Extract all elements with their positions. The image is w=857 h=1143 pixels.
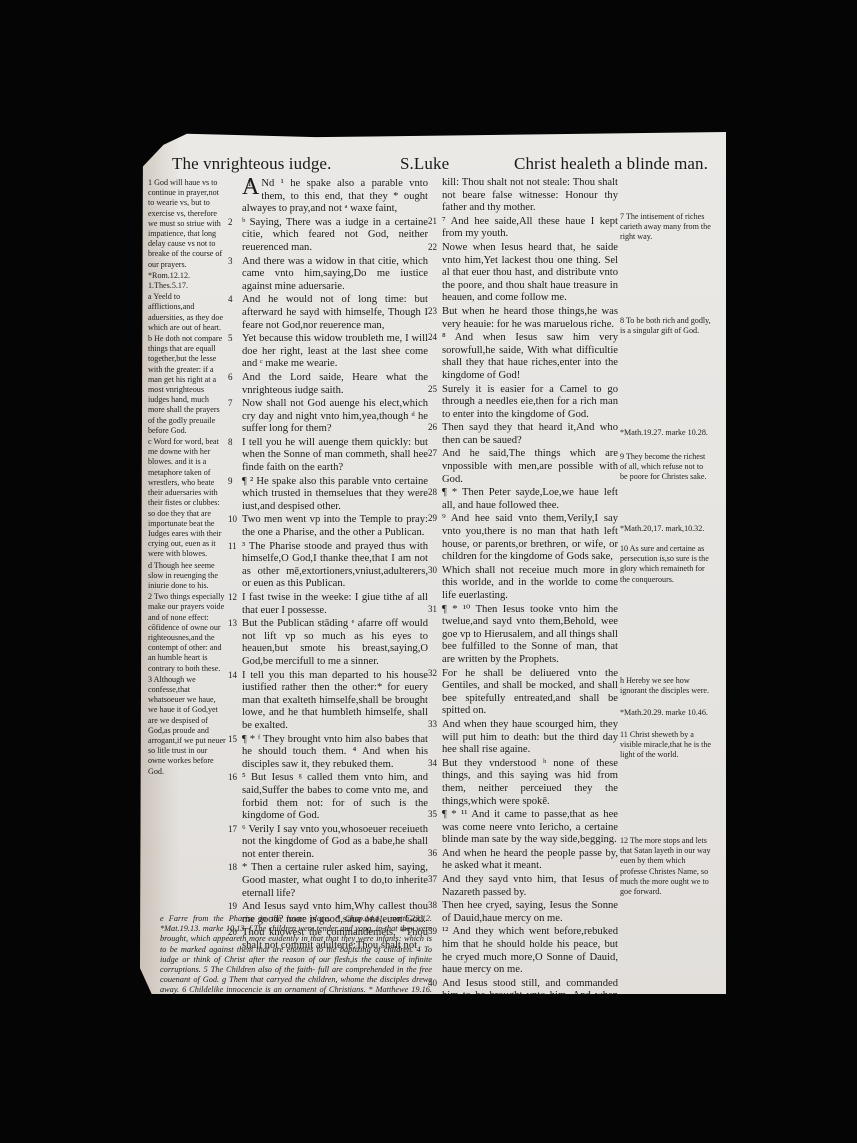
- verse: 41Saying, What wilt thou that I doe vnto…: [428, 1016, 618, 1055]
- margin-note: 7 The intisement of riches carieth away …: [620, 212, 712, 243]
- verse-number: 10: [228, 513, 242, 526]
- verse-text: Surely it is easier for a Camel to go th…: [442, 384, 618, 420]
- verse: 6And the Lord saide, Heare what the vnri…: [228, 371, 428, 397]
- running-head-book: S.Luke: [400, 154, 449, 174]
- verse: 11³ The Pharise stoode and prayed thus w…: [228, 540, 428, 591]
- verse-number: 22: [428, 241, 442, 254]
- verse-number: 18: [228, 861, 242, 874]
- verse-text: Now shall not God auenge his elect,which…: [242, 398, 428, 434]
- verse-number: 41: [428, 1016, 442, 1029]
- verse-text: kill: Thou shalt not not steale: Thou sh…: [442, 177, 618, 213]
- verse: 28¶ * Then Peter sayde,Loe,we haue left …: [428, 486, 618, 512]
- verse-number: 3: [228, 255, 242, 268]
- verse: 23But when he heard those things,he was …: [428, 305, 618, 331]
- running-head: The vnrighteous iudge. S.Luke Christ hea…: [172, 154, 708, 176]
- verse-number: 33: [428, 718, 442, 731]
- book-page: The vnrighteous iudge. S.Luke Christ hea…: [140, 132, 726, 994]
- verse-text: ¶ * ᶠ They brought vnto him also babes t…: [242, 734, 428, 770]
- left-margin-notes: 1 God will haue vs to continue in prayer…: [148, 178, 226, 778]
- margin-note: 9 They become the richest of all, which …: [620, 452, 712, 483]
- verse-number: 14: [228, 669, 242, 682]
- verse: 16⁵ But Iesus ᵍ called them vnto him, an…: [228, 771, 428, 822]
- margin-note: a Yeeld to afflictions,and aduersities, …: [148, 292, 226, 333]
- margin-note: 8 To be both rich and godly, is a singul…: [620, 316, 712, 336]
- margin-note: 11 Christ sheweth by a visible miracle,t…: [620, 730, 712, 761]
- verse-text: But the Publican stāding ᵉ afarre off wo…: [242, 618, 428, 667]
- verse: 15¶ * ᶠ They brought vnto him also babes…: [228, 733, 428, 772]
- verse-number: 23: [428, 305, 442, 318]
- verse-number: 38: [428, 899, 442, 912]
- verse-text: And Iesus sayd vnto him,Receiue thy sigh…: [442, 1055, 618, 1079]
- verse-number: 30: [428, 564, 442, 577]
- verse-number: 5: [228, 332, 242, 345]
- verse-text: ᵇ Saying, There was a iudge in a certain…: [242, 217, 428, 253]
- verse-text: Then sayd they that heard it,And who the…: [442, 422, 618, 446]
- left-text-column: 1ANd ¹ he spake also a parable vnto them…: [228, 177, 428, 953]
- running-head-left: The vnrighteous iudge.: [172, 154, 331, 174]
- verse-text: Then hee cryed, saying, Iesus the Sonne …: [442, 900, 618, 924]
- verse: kill: Thou shalt not not steale: Thou sh…: [428, 177, 618, 215]
- verse-number: 29: [428, 512, 442, 525]
- verse: 18* Then a certaine ruler asked him, say…: [228, 861, 428, 900]
- verse-text: But when he heard those things,he was ve…: [442, 306, 618, 330]
- verse-number: 17: [228, 823, 242, 836]
- verse-number: 27: [428, 447, 442, 460]
- verse: 40And Iesus stood still, and commanded h…: [428, 977, 618, 1016]
- verse-text: ¶ * Then Peter sayde,Loe,we haue left al…: [442, 487, 618, 511]
- verse-text: Yet because this widow troubleth me, I w…: [242, 333, 428, 369]
- verse-text: Then immediatly he receiued his sight,an…: [442, 1082, 618, 1118]
- verse-text: Two men went vp into the Temple to pray:…: [242, 514, 428, 538]
- running-head-right: Christ healeth a blinde man.: [514, 154, 708, 174]
- verse: 34But they vnderstood ʰ none of these th…: [428, 757, 618, 808]
- margin-note: 3 Although we confesse,that whatsoeuer w…: [148, 675, 226, 777]
- margin-note: b He doth not compare things that are eq…: [148, 334, 226, 436]
- verse-text: Which shall not receiue much more in thi…: [442, 565, 618, 601]
- verse-text: But they vnderstood ʰ none of these thin…: [442, 758, 618, 807]
- verse: 32For he shall be deliuered vnto the Gen…: [428, 667, 618, 718]
- verse: 14I tell you this man departed to his ho…: [228, 669, 428, 733]
- verse-text: And Iesus stood still, and commanded him…: [442, 978, 618, 1014]
- verse: 2ᵇ Saying, There was a iudge in a certai…: [228, 216, 428, 255]
- verse-number: 24: [428, 331, 442, 344]
- verse-number: 9: [228, 475, 242, 488]
- verse-text: ¶ * ¹¹ And it came to passe,that as hee …: [442, 809, 618, 845]
- verse: 22Nowe when Iesus heard that, he saide v…: [428, 241, 618, 305]
- verse: 10Two men went vp into the Temple to pra…: [228, 513, 428, 539]
- margin-note: c Word for word, beat me downe with her …: [148, 437, 226, 559]
- verse: 31¶ * ¹⁰ Then Iesus tooke vnto him the t…: [428, 603, 618, 667]
- verse-number: 16: [228, 771, 242, 784]
- verse-number: 6: [228, 371, 242, 384]
- verse-text: * Then a certaine ruler asked him, sayin…: [242, 862, 428, 898]
- verse: 1ANd ¹ he spake also a parable vnto them…: [228, 177, 428, 216]
- verse-number: 19: [228, 900, 242, 913]
- verse-number: 35: [428, 808, 442, 821]
- verse-number: 25: [428, 383, 442, 396]
- verse-text: ⁸ And when Iesus saw him very sorowfull,…: [442, 332, 618, 381]
- verse: 30Which shall not receiue much more in t…: [428, 564, 618, 603]
- margin-note: 2 Two things especially make our prayers…: [148, 592, 226, 674]
- verse-number: 34: [428, 757, 442, 770]
- verse-number: 8: [228, 436, 242, 449]
- verse-number: 12: [228, 591, 242, 604]
- verse: 26Then sayd they that heard it,And who t…: [428, 421, 618, 447]
- verse-text: And there was a widow in that citie, whi…: [242, 256, 428, 292]
- verse-number: 28: [428, 486, 442, 499]
- footnotes: e Farre from the Pharise in the lower pl…: [160, 914, 432, 1006]
- verse: 24⁸ And when Iesus saw him very sorowful…: [428, 331, 618, 382]
- verse: 25Surely it is easier for a Camel to go …: [428, 383, 618, 422]
- verse: 33And when they haue scourged him, they …: [428, 718, 618, 757]
- margin-note: *Math.19.27. marke 10.28.: [620, 428, 712, 438]
- verse: 7Now shall not God auenge his elect,whic…: [228, 397, 428, 436]
- verse: 5Yet because this widow troubleth me, I …: [228, 332, 428, 371]
- verse-number: 26: [428, 421, 442, 434]
- verse-number: 13: [228, 617, 242, 630]
- verse-text: And he would not of long time: but after…: [242, 294, 428, 330]
- margin-note: 10 As sure and certaine as persecution i…: [620, 544, 712, 585]
- verse: 27And he said,The things which are vnpos…: [428, 447, 618, 486]
- margin-note: h Hereby we see how ignorant the discipl…: [620, 676, 712, 696]
- margin-note: *Math.20.29. marke 10.46.: [620, 708, 712, 718]
- verse: 42And Iesus sayd vnto him,Receiue thy si…: [428, 1054, 618, 1080]
- margin-note: 1 God will haue vs to continue in prayer…: [148, 178, 226, 270]
- verse-text: I tell you this man departed to his hous…: [242, 670, 428, 731]
- verse-text: And they sayd vnto him, that Iesus of Na…: [442, 874, 618, 898]
- verse: 36And when he heard the people passe by,…: [428, 847, 618, 873]
- verse-text: ¶ ² He spake also this parable vnto cert…: [242, 476, 428, 512]
- verse-number: 37: [428, 873, 442, 886]
- verse: 43Then immediatly he receiued his sight,…: [428, 1081, 618, 1120]
- verse: 8I tell you he will auenge them quickly:…: [228, 436, 428, 475]
- verse-text: For he shall be deliuered vnto the Genti…: [442, 668, 618, 717]
- verse: 21⁷ And hee saide,All these haue I kept …: [428, 215, 618, 241]
- verse-number: 15: [228, 733, 242, 746]
- verse-text: And when he heard the people passe by, h…: [442, 848, 618, 872]
- verse-text: ⁶ Verily I say vnto you,whosoeuer receiu…: [242, 824, 428, 860]
- verse-number: 1: [247, 177, 261, 190]
- verse-number: 42: [428, 1054, 442, 1067]
- verse-number: 2: [228, 216, 242, 229]
- verse-number: 7: [228, 397, 242, 410]
- verse-text: I fast twise in the weeke: I giue tithe …: [242, 592, 428, 616]
- verse: 39¹² And they which went before,rebuked …: [428, 925, 618, 976]
- right-text-column: kill: Thou shalt not not steale: Thou sh…: [428, 177, 618, 1119]
- verse-text: And he said,The things which are vnpossi…: [442, 448, 618, 484]
- verse: 35¶ * ¹¹ And it came to passe,that as he…: [428, 808, 618, 847]
- margin-note: 12 The more stops and lets that Satan la…: [620, 836, 712, 897]
- verse-text: Saying, What wilt thou that I doe vnto t…: [442, 1017, 618, 1053]
- margin-note: *Math.20,17. mark,10.32.: [620, 524, 712, 534]
- verse: 4And he would not of long time: but afte…: [228, 293, 428, 332]
- verse-text: Nowe when Iesus heard that, he saide vnt…: [442, 242, 618, 303]
- verse-text: ⁵ But Iesus ᵍ called them vnto him, and …: [242, 772, 428, 821]
- verse-number: 36: [428, 847, 442, 860]
- margin-note: d Though hee seeme slow in reuenging the…: [148, 561, 226, 592]
- verse-number: 4: [228, 293, 242, 306]
- verse: 29⁹ And hee said vnto them,Verily,I say …: [428, 512, 618, 563]
- verse: 38Then hee cryed, saying, Iesus the Sonn…: [428, 899, 618, 925]
- verse-text: And the Lord saide, Heare what the vnrig…: [242, 372, 428, 396]
- verse-text: I tell you he will auenge them quickly: …: [242, 437, 428, 473]
- verse: 3And there was a widow in that citie, wh…: [228, 255, 428, 294]
- verse-text: Nd ¹ he spake also a parable vnto them, …: [242, 178, 428, 214]
- verse-text: ¶ * ¹⁰ Then Iesus tooke vnto him the twe…: [442, 604, 618, 665]
- verse: 9¶ ² He spake also this parable vnto cer…: [228, 475, 428, 514]
- verse-number: 21: [428, 215, 442, 228]
- verse: 17⁶ Verily I say vnto you,whosoeuer rece…: [228, 823, 428, 862]
- margin-note: *Rom.12.12. 1.Thes.5.17.: [148, 271, 226, 291]
- verse: 37And they sayd vnto him, that Iesus of …: [428, 873, 618, 899]
- verse-text: ⁷ And hee saide,All these haue I kept fr…: [442, 216, 618, 240]
- verse-text: And when they haue scourged him, they wi…: [442, 719, 618, 755]
- verse-number: 31: [428, 603, 442, 616]
- verse-text: ³ The Pharise stoode and prayed thus wit…: [242, 541, 428, 590]
- verse-number: 32: [428, 667, 442, 680]
- verse-text: ⁹ And hee said vnto them,Verily,I say vn…: [442, 513, 618, 562]
- verse-number: 43: [428, 1081, 442, 1094]
- verse-text: ¹² And they which went before,rebuked hi…: [442, 926, 618, 975]
- verse-number: 11: [228, 540, 242, 553]
- verse: 12I fast twise in the weeke: I giue tith…: [228, 591, 428, 617]
- verse: 13But the Publican stāding ᵉ afarre off …: [228, 617, 428, 668]
